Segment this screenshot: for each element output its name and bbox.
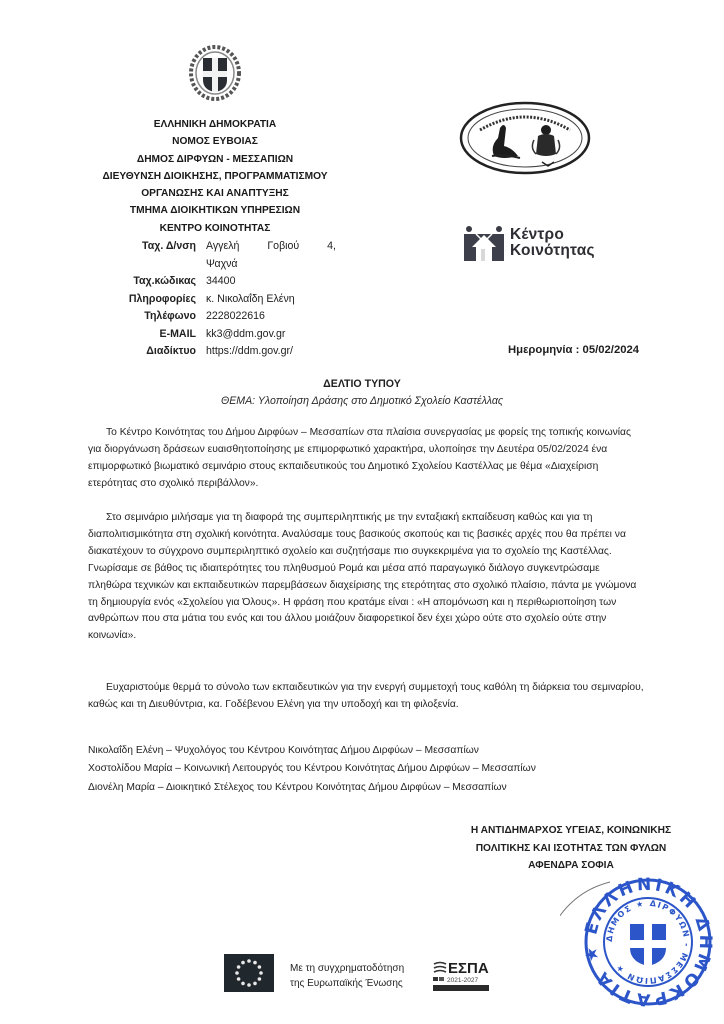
org-line: ΝΟΜΟΣ ΕΥΒΟΙΑΣ (110, 133, 320, 150)
cofunding-line: της Ευρωπαϊκής Ένωσης (290, 977, 404, 992)
web-row: Διαδίκτυο https://ddm.gov.gr/ (90, 343, 336, 361)
paragraph-text: Ευχαριστούμε θερμά το σύνολο των εκπαιδε… (88, 680, 644, 714)
logo-line: Κέντρο (510, 227, 595, 243)
email-row: E-MAIL kk3@ddm.gov.gr (90, 326, 336, 344)
org-line: ΔΗΜΟΣ ΔΙΡΦΥΩΝ - ΜΕΣΣΑΠΙΩΝ (110, 151, 320, 168)
org-line: ΔΙΕΥΘΥΝΣΗ ΔΙΟΙΚΗΣΗΣ, ΠΡΟΓΡΑΜΜΑΤΙΣΜΟΥ (100, 168, 330, 185)
eu-flag-icon (224, 954, 274, 992)
community-center-logo: Κέντρο Κοινότητας (464, 225, 595, 261)
org-line: ΚΕΝΤΡΟ ΚΟΙΝΟΤΗΤΑΣ (110, 220, 320, 237)
postal-label: Ταχ.κώδικας (90, 273, 206, 291)
document-title: ΔΕΛΤΙΟ ΤΥΠΟΥ (0, 378, 724, 390)
staff-member: Νικολαΐδη Ελένη – Ψυχολόγος του Κέντρου … (88, 742, 536, 760)
paragraph-text: Το Κέντρο Κοινότητας του Δήμου Διρφύων –… (88, 425, 644, 493)
cofunding-line: Με τη συγχρηματοδότηση (290, 962, 404, 977)
svg-text:2021-2027: 2021-2027 (447, 977, 478, 984)
address-row: Ταχ. Δ/νση Αγγελή Γοβιού 4, (90, 238, 336, 256)
info-label: Πληροφορίες (90, 291, 206, 309)
body-paragraph: Ευχαριστούμε θερμά το σύνολο των εκπαιδε… (88, 680, 644, 714)
municipality-seal-icon (458, 100, 593, 176)
info-value: κ. Νικολαΐδη Ελένη (206, 291, 336, 309)
org-line: ΟΡΓΑΝΩΣΗΣ ΚΑΙ ΑΝΑΠΤΥΞΗΣ (110, 185, 320, 202)
address-city-row: Ψαχνά (90, 256, 336, 274)
eu-cofunding-text: Με τη συγχρηματοδότηση της Ευρωπαϊκής Έν… (290, 962, 404, 991)
signature-line: Η ΑΝΤΙΔΗΜΑΡΧΟΣ ΥΓΕΙΑΣ, ΚΟΙΝΩΝΙΚΗΣ (452, 822, 690, 840)
email-label: E-MAIL (90, 326, 206, 344)
org-line: ΕΛΛΗΝΙΚΗ ΔΗΜΟΚΡΑΤΙΑ (110, 116, 320, 133)
address-part: 4, (327, 238, 336, 256)
official-stamp-icon: ΕΛΛΗΝΙΚΗ ΔΗΜΟΚΡΑΤΙΑ ★ ΔΗΜΟΣ ★ ΔΙΡΦΥΩΝ - … (560, 862, 720, 1022)
document-subject: ΘΕΜΑ: Υλοποίηση Δράσης στο Δημοτικό Σχολ… (0, 395, 724, 407)
staff-list: Νικολαΐδη Ελένη – Ψυχολόγος του Κέντρου … (88, 742, 536, 797)
postal-row: Ταχ.κώδικας 34400 (90, 273, 336, 291)
community-center-logo-text: Κέντρο Κοινότητας (510, 227, 595, 259)
body-paragraph: Το Κέντρο Κοινότητας του Δήμου Διρφύων –… (88, 425, 644, 493)
address-city: Ψαχνά (206, 256, 336, 274)
address-value: Αγγελή Γοβιού 4, (206, 238, 336, 256)
community-center-logo-icon (464, 225, 504, 261)
info-row: Πληροφορίες κ. Νικολαΐδη Ελένη (90, 291, 336, 309)
logo-line: Κοινότητας (510, 243, 595, 259)
signature-line: ΠΟΛΙΤΙΚΗΣ ΚΑΙ ΙΣΟΤΗΤΑΣ ΤΩΝ ΦΥΛΩΝ (452, 840, 690, 858)
paragraph-text: Στο σεμινάριο μιλήσαμε για τη διαφορά τη… (88, 510, 644, 645)
hellenic-republic-emblem-icon (188, 44, 242, 102)
address-label: Ταχ. Δ/νση (90, 238, 206, 256)
phone-row: Τηλέφωνο 2228022616 (90, 308, 336, 326)
staff-member: Διονέλη Μαρία – Διοικητικό Στέλεχος του … (88, 779, 536, 797)
contact-details: Ταχ. Δ/νση Αγγελή Γοβιού 4, Ψαχνά Ταχ.κώ… (90, 238, 336, 361)
address-part: Γοβιού (267, 238, 299, 256)
espa-logo-icon: ΕΣΠΑ 2021-2027 (432, 955, 494, 995)
body-paragraph: Στο σεμινάριο μιλήσαμε για τη διαφορά τη… (88, 510, 644, 645)
email-value: kk3@ddm.gov.gr (206, 326, 336, 344)
staff-member: Χοστολίδου Μαρία – Κοινωνική Λειτουργός … (88, 760, 536, 778)
organization-header: ΕΛΛΗΝΙΚΗ ΔΗΜΟΚΡΑΤΙΑ ΝΟΜΟΣ ΕΥΒΟΙΑΣ ΔΗΜΟΣ … (110, 116, 320, 237)
document-date: Ημερομηνία : 05/02/2024 (508, 344, 639, 356)
address-part: Αγγελή (206, 238, 239, 256)
web-value: https://ddm.gov.gr/ (206, 343, 336, 361)
postal-value: 34400 (206, 273, 336, 291)
svg-text:ΕΣΠΑ: ΕΣΠΑ (448, 960, 489, 977)
web-label: Διαδίκτυο (90, 343, 206, 361)
org-line: ΤΜΗΜΑ ΔΙΟΙΚΗΤΙΚΩΝ ΥΠΗΡΕΣΙΩΝ (110, 202, 320, 219)
phone-value: 2228022616 (206, 308, 336, 326)
phone-label: Τηλέφωνο (90, 308, 206, 326)
